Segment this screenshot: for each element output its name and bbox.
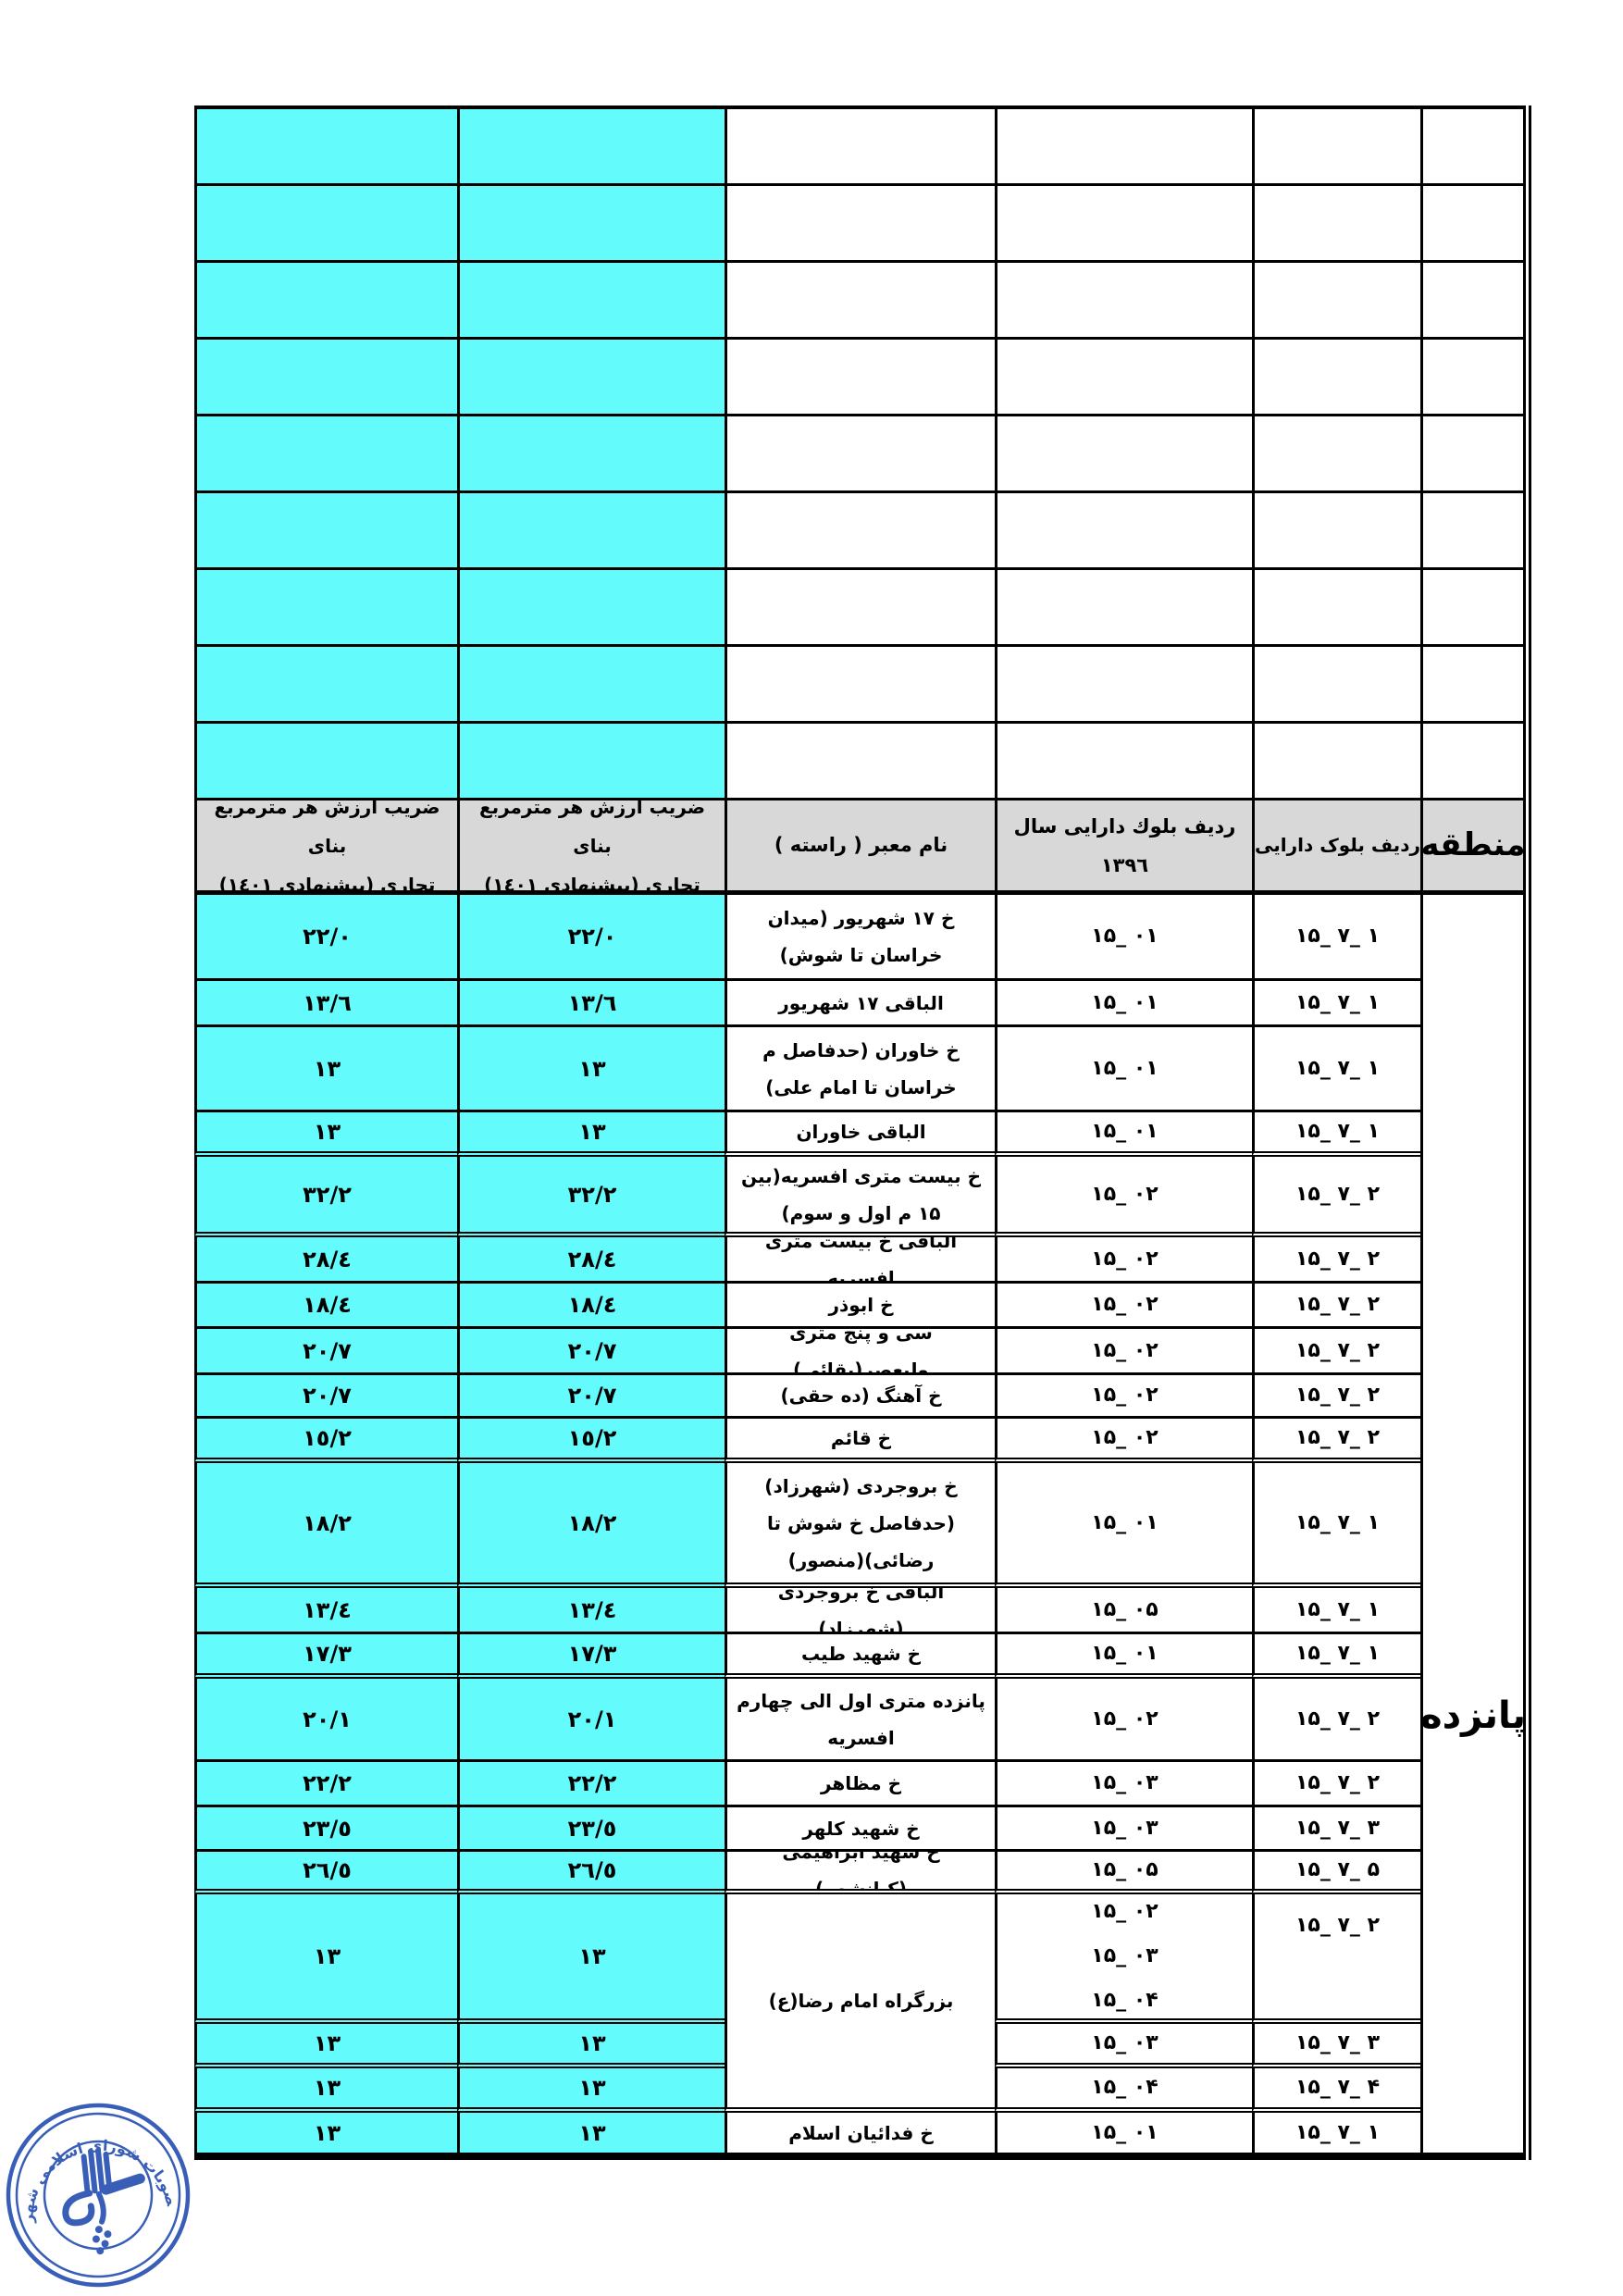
coef-cell: ۱۳: [457, 1894, 725, 2024]
coef-cell-2: ۲٠/۷: [194, 1375, 457, 1419]
coef-cell: ۲۲/۲: [457, 1762, 725, 1807]
year-block-cell: ۱۵_ ٠۵: [995, 1852, 1252, 1894]
street-cell: خ آهنگ (ده حقی): [725, 1375, 995, 1419]
block-cell: ۱۵_ ۷_ ۲: [1252, 1679, 1420, 1762]
empty-cell: [995, 416, 1252, 493]
coef-cell: ۱۳/٦: [457, 981, 725, 1027]
year-block-cell: ۱۵_ ٠۱: [995, 895, 1252, 981]
empty-cell: [725, 416, 995, 493]
block-cell: ۱۵_ ۷_ ۴: [1252, 2068, 1420, 2113]
block-cell: ۱۵_ ۷_ ۳: [1252, 1807, 1420, 1852]
empty-cell: [725, 109, 995, 186]
header-commercial-coef-b-line2: تجاری (پیشنهادی ۱٤٠۱): [219, 865, 436, 896]
year-block-cell: ۱۵_ ٠۱: [995, 1463, 1252, 1588]
empty-cell: [1420, 647, 1523, 724]
empty-cell: [457, 570, 725, 647]
street-cell: خ خاوران (حدفاصل م خراسان تا امام علی): [725, 1027, 995, 1112]
empty-cell: [995, 263, 1252, 340]
empty-cell: [995, 724, 1252, 800]
empty-cell: [725, 186, 995, 263]
header-commercial-coef-a: ضریب ارزش هر مترمربع بنای تجاری (پیشنهاد…: [457, 800, 725, 895]
empty-cell: [995, 570, 1252, 647]
coef-cell-2: ۲۲/۲: [194, 1762, 457, 1807]
block-cell: ۱۵_ ۷_ ۱: [1252, 1463, 1420, 1588]
block-cell: ۱۵_ ۷_ ۲: [1252, 1284, 1420, 1329]
street-cell: خ مظاهر: [725, 1762, 995, 1807]
coef-cell: ۲٦/٥: [457, 1852, 725, 1894]
block-cell: ۱۵_ ۷_ ۲: [1252, 1375, 1420, 1419]
empty-cell: [1252, 340, 1420, 416]
coef-cell-2: ۱۷/۳: [194, 1634, 457, 1679]
empty-cell: [194, 416, 457, 493]
block-cell: ۱۵_ ۷_ ۲: [1252, 1419, 1420, 1463]
coef-cell: ۱۸/۲: [457, 1463, 725, 1588]
empty-cell: [457, 340, 725, 416]
street-cell: خ بیست متری افسریه(بین ۱۵ م اول و سوم): [725, 1157, 995, 1237]
header-commercial-coef-a-line1: ضریب ارزش هر مترمربع بنای: [460, 800, 725, 865]
empty-cell: [457, 724, 725, 800]
empty-cell: [725, 647, 995, 724]
header-block-row-1396: ردیف بلوك دارایی سال ۱۳۹٦: [995, 800, 1252, 895]
street-cell: خ شهید ابراهیمی (کیانشهر): [725, 1852, 995, 1894]
block-cell: ۱۵_ ۷_ ۲: [1252, 1157, 1420, 1237]
empty-cell: [995, 647, 1252, 724]
year-block-cell: ۱۵_ ٠۲: [995, 1157, 1252, 1237]
street-cell: الباقی خ بروجردی (شهرزاد): [725, 1588, 995, 1634]
coef-cell: ۱۳/٤: [457, 1588, 725, 1634]
coef-cell: ۲۲/٠: [457, 895, 725, 981]
header-commercial-coef-a-line2: تجاری (پیشنهادی ۱٤٠۱): [484, 865, 700, 896]
coef-cell-2: ۱۳: [194, 2068, 457, 2113]
empty-cell: [457, 416, 725, 493]
coef-cell-2: ۲۸/٤: [194, 1237, 457, 1284]
block-cell: ۱۵_ ۷_ ۱: [1252, 2113, 1420, 2160]
empty-cell: [995, 340, 1252, 416]
block-cell: ۱۵_ ۷_ ۲: [1252, 1329, 1420, 1375]
year-block-line: ۱۵_ ٠۳: [1091, 1934, 1158, 1979]
coef-cell: ۲٠/۱: [457, 1679, 725, 1762]
empty-cell: [1252, 570, 1420, 647]
header-region: منطقه: [1420, 800, 1523, 895]
coef-cell-2: ۲۳/٥: [194, 1807, 457, 1852]
street-cell: بزرگراه امام رضا(ع): [725, 1894, 995, 2113]
empty-cell: [194, 647, 457, 724]
empty-cell: [1252, 109, 1420, 186]
year-block-cell: ۱۵_ ٠۲: [995, 1237, 1252, 1284]
empty-cell: [995, 186, 1252, 263]
street-cell: الباقی ۱۷ شهریور: [725, 981, 995, 1027]
empty-cell: [194, 493, 457, 570]
year-block-cell: ۱۵_ ٠۲: [995, 1419, 1252, 1463]
empty-cell: [995, 109, 1252, 186]
empty-cell: [725, 263, 995, 340]
empty-cell: [1252, 263, 1420, 340]
year-block-cell: ۱۵_ ٠۳: [995, 2024, 1252, 2068]
street-cell: خ فدائیان اسلام: [725, 2113, 995, 2160]
coef-cell: ۱۳: [457, 2024, 725, 2068]
block-cell: ۱۵_ ۷_ ۱: [1252, 1588, 1420, 1634]
street-cell: خ ابوذر: [725, 1284, 995, 1329]
empty-cell: [1252, 724, 1420, 800]
empty-cell: [1420, 570, 1523, 647]
coef-cell-2: ۱۳/٦: [194, 981, 457, 1027]
year-block-cell: ۱۵_ ٠۲: [995, 1375, 1252, 1419]
document-page: منطقه ردیف بلوک دارایی ردیف بلوك دارایی …: [0, 0, 1623, 2296]
valuation-table: منطقه ردیف بلوک دارایی ردیف بلوك دارایی …: [194, 105, 1526, 2160]
coef-cell-2: ۲٠/۱: [194, 1679, 457, 1762]
empty-cell: [1420, 340, 1523, 416]
street-cell: سی و پنج متری ولیعصر(بقائی): [725, 1329, 995, 1375]
official-stamp: اداره مصوبات شورای اسلامی شهر تهران: [0, 2088, 204, 2296]
coef-cell-2: ۳۲/۲: [194, 1157, 457, 1237]
empty-cell: [194, 724, 457, 800]
header-block-row: ردیف بلوک دارایی: [1252, 800, 1420, 895]
street-cell: پانزده متری اول الی چهارم افسریه: [725, 1679, 995, 1762]
year-block-cell: ۱۵_ ٠۱: [995, 1112, 1252, 1157]
coef-cell: ۲۸/٤: [457, 1237, 725, 1284]
coef-cell: ۱۳: [457, 1112, 725, 1157]
empty-cell: [1252, 416, 1420, 493]
empty-cell: [457, 263, 725, 340]
year-block-cell: ۱۵_ ٠۱: [995, 1027, 1252, 1112]
empty-cell: [995, 493, 1252, 570]
street-cell: خ شهید کلهر: [725, 1807, 995, 1852]
empty-cell: [194, 186, 457, 263]
block-cell: ۱۵_ ۷_ ۱: [1252, 1634, 1420, 1679]
coef-cell-2: ۱۳/٤: [194, 1588, 457, 1634]
empty-cell: [457, 186, 725, 263]
coef-cell-2: ۱٥/۲: [194, 1419, 457, 1463]
street-cell: خ بروجردی (شهرزاد) (حدفاصل خ شوش تا رضائ…: [725, 1463, 995, 1588]
coef-cell: ۱۷/۳: [457, 1634, 725, 1679]
coef-cell-2: ۱۸/۲: [194, 1463, 457, 1588]
empty-cell: [194, 570, 457, 647]
empty-cell: [725, 340, 995, 416]
empty-cell: [725, 724, 995, 800]
coef-cell-2: ۱۳: [194, 2024, 457, 2068]
empty-cell: [1252, 647, 1420, 724]
empty-cell: [1252, 186, 1420, 263]
year-block-cell: ۱۵_ ٠۱: [995, 1634, 1252, 1679]
empty-cell: [1420, 109, 1523, 186]
block-cell: ۱۵_ ۷_ ۱: [1252, 1112, 1420, 1157]
year-block-cell: ۱۵_ ٠۲: [995, 1679, 1252, 1762]
year-block-cell: ۱۵_ ٠۱: [995, 981, 1252, 1027]
year-block-line: ۱۵_ ٠۲: [1091, 1894, 1158, 1934]
coef-cell: ۱۳: [457, 1027, 725, 1112]
region-merged-cell: پانزده: [1420, 895, 1523, 2160]
coef-cell: ۱۸/٤: [457, 1284, 725, 1329]
empty-cell: [457, 493, 725, 570]
header-commercial-coef-b: ضریب ارزش هر مترمربع بنای تجاری (پیشنهاد…: [194, 800, 457, 895]
year-block-cell: ۱۵_ ٠۳: [995, 1762, 1252, 1807]
coef-cell: ۲٠/۷: [457, 1329, 725, 1375]
coef-cell-2: ۲٠/۷: [194, 1329, 457, 1375]
empty-cell: [1252, 493, 1420, 570]
coef-cell: ۳۲/۲: [457, 1157, 725, 1237]
empty-cell: [194, 263, 457, 340]
block-cell: ۱۵_ ۷_ ۱: [1252, 1027, 1420, 1112]
year-block-cell: ۱۵_ ٠۴: [995, 2068, 1252, 2113]
year-block-line: ۱۵_ ٠۴: [1091, 1979, 1158, 2023]
header-block-row-1396-line1: ردیف بلوك دارایی سال: [1014, 807, 1236, 846]
block-cell: ۱۵_ ۷_ ۱: [1252, 981, 1420, 1027]
empty-cell: [194, 340, 457, 416]
empty-cell: [457, 109, 725, 186]
header-commercial-coef-b-line1: ضریب ارزش هر مترمربع بنای: [197, 800, 457, 865]
block-cell: ۱۵_ ۷_ ۲: [1252, 1762, 1420, 1807]
block-cell: ۱۵_ ۷_ ۲: [1252, 1237, 1420, 1284]
street-cell: خ ۱۷ شهریور (میدان خراسان تا شوش): [725, 895, 995, 981]
coef-cell: ۲٠/۷: [457, 1375, 725, 1419]
coef-cell: ۱٥/۲: [457, 1419, 725, 1463]
empty-cell: [1420, 186, 1523, 263]
coef-cell-2: ۱۸/٤: [194, 1284, 457, 1329]
block-cell: ۱۵_ ۷_ ۱: [1252, 895, 1420, 981]
street-cell: الباقی خ بیست متری افسریه: [725, 1237, 995, 1284]
header-street-name: نام معبر ( راسته ): [725, 800, 995, 895]
empty-cell: [725, 570, 995, 647]
year-block-cell: ۱۵_ ٠۳: [995, 1807, 1252, 1852]
block-cell: ۱۵_ ۷_ ۲: [1252, 1894, 1420, 2024]
empty-cell: [1420, 724, 1523, 800]
coef-cell-2: ۱۳: [194, 1112, 457, 1157]
coef-cell-2: ۲٦/٥: [194, 1852, 457, 1894]
block-cell: ۱۵_ ۷_ ۳: [1252, 2024, 1420, 2068]
empty-cell: [725, 493, 995, 570]
coef-cell: ۱۳: [457, 2113, 725, 2160]
coef-cell: ۱۳: [457, 2068, 725, 2113]
year-block-cell: ۱۵_ ٠۲: [995, 1284, 1252, 1329]
year-block-cell: ۱۵_ ٠۲: [995, 1329, 1252, 1375]
street-cell: خ قائم: [725, 1419, 995, 1463]
empty-cell: [1420, 493, 1523, 570]
coef-cell-2: ۱۳: [194, 1894, 457, 2024]
year-block-cell: ۱۵_ ٠۱: [995, 2113, 1252, 2160]
year-block-cell: ۱۵_ ٠۲۱۵_ ٠۳۱۵_ ٠۴: [995, 1894, 1252, 2024]
empty-cell: [1420, 263, 1523, 340]
empty-cell: [1420, 416, 1523, 493]
header-block-row-1396-line2: ۱۳۹٦: [1101, 846, 1148, 885]
coef-cell-2: ۲۲/٠: [194, 895, 457, 981]
coef-cell-2: ۱۳: [194, 1027, 457, 1112]
coef-cell: ۲۳/٥: [457, 1807, 725, 1852]
street-cell: الباقی خاوران: [725, 1112, 995, 1157]
street-cell: خ شهید طیب: [725, 1634, 995, 1679]
coef-cell-2: ۱۳: [194, 2113, 457, 2160]
year-block-cell: ۱۵_ ٠۵: [995, 1588, 1252, 1634]
empty-cell: [457, 647, 725, 724]
empty-cell: [194, 109, 457, 186]
block-cell: ۱۵_ ۷_ ۵: [1252, 1852, 1420, 1894]
